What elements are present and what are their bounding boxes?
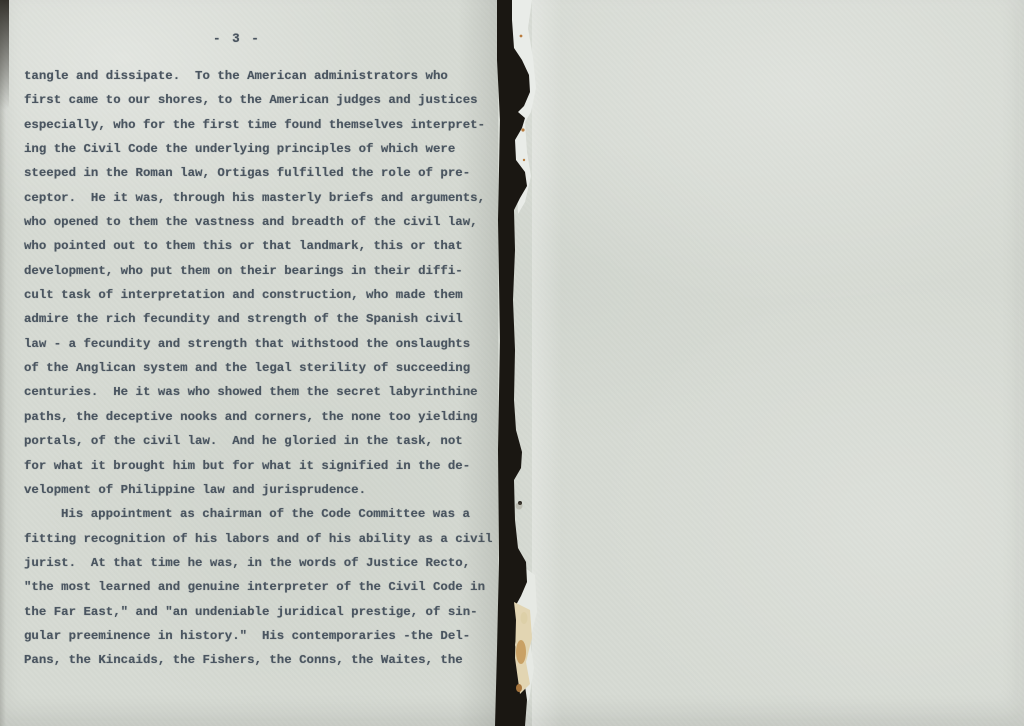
text-line: jurist. At that time he was, in the word… — [24, 551, 496, 575]
text-line: development, who put them on their beari… — [24, 259, 496, 283]
text-line: His appointment as chairman of the Code … — [24, 502, 496, 526]
text-line: who pointed out to them this or that lan… — [24, 234, 496, 258]
text-line: gular preeminence in history." His conte… — [24, 624, 496, 648]
text-line: of the Anglican system and the legal ste… — [24, 356, 496, 380]
text-line: first came to our shores, to the America… — [24, 88, 496, 112]
text-line: ing the Civil Code the underlying princi… — [24, 137, 496, 161]
text-line: tangle and dissipate. To the American ad… — [24, 64, 496, 88]
text-line: who opened to them the vastness and brea… — [24, 210, 496, 234]
text-line: for what it brought him but for what it … — [24, 454, 496, 478]
text-line: centuries. He it was who showed them the… — [24, 380, 496, 404]
text-line: "the most learned and genuine interprete… — [24, 575, 496, 599]
text-line: fitting recognition of his labors and of… — [24, 527, 496, 551]
binding-gutter-torn-edge — [480, 0, 550, 726]
text-line: law - a fecundity and strength that with… — [24, 332, 496, 356]
page-number: - 3 - — [213, 32, 261, 46]
text-line: the Far East," and "an undeniable juridi… — [24, 600, 496, 624]
text-line: especially, who for the first time found… — [24, 113, 496, 137]
text-line: Pans, the Kincaids, the Fishers, the Con… — [24, 648, 496, 672]
page-4: - 4 - Hartigans- were all brilliant and … — [538, 0, 1024, 726]
text-line: steeped in the Roman law, Ortigas fulfil… — [24, 161, 496, 185]
text-line: velopment of Philippine law and jurispru… — [24, 478, 496, 502]
scanned-document: - 3 - tangle and dissipate. To the Ameri… — [0, 0, 1024, 726]
text-line: paths, the deceptive nooks and corners, … — [24, 405, 496, 429]
page-3-text: tangle and dissipate. To the American ad… — [24, 64, 496, 673]
text-line: cult task of interpretation and construc… — [24, 283, 496, 307]
scan-edge-shade — [0, 0, 6, 726]
page-3: - 3 - tangle and dissipate. To the Ameri… — [0, 0, 490, 726]
text-line: admire the rich fecundity and strength o… — [24, 307, 496, 331]
text-line: ceptor. He it was, through his masterly … — [24, 186, 496, 210]
text-line: portals, of the civil law. And he glorie… — [24, 429, 496, 453]
